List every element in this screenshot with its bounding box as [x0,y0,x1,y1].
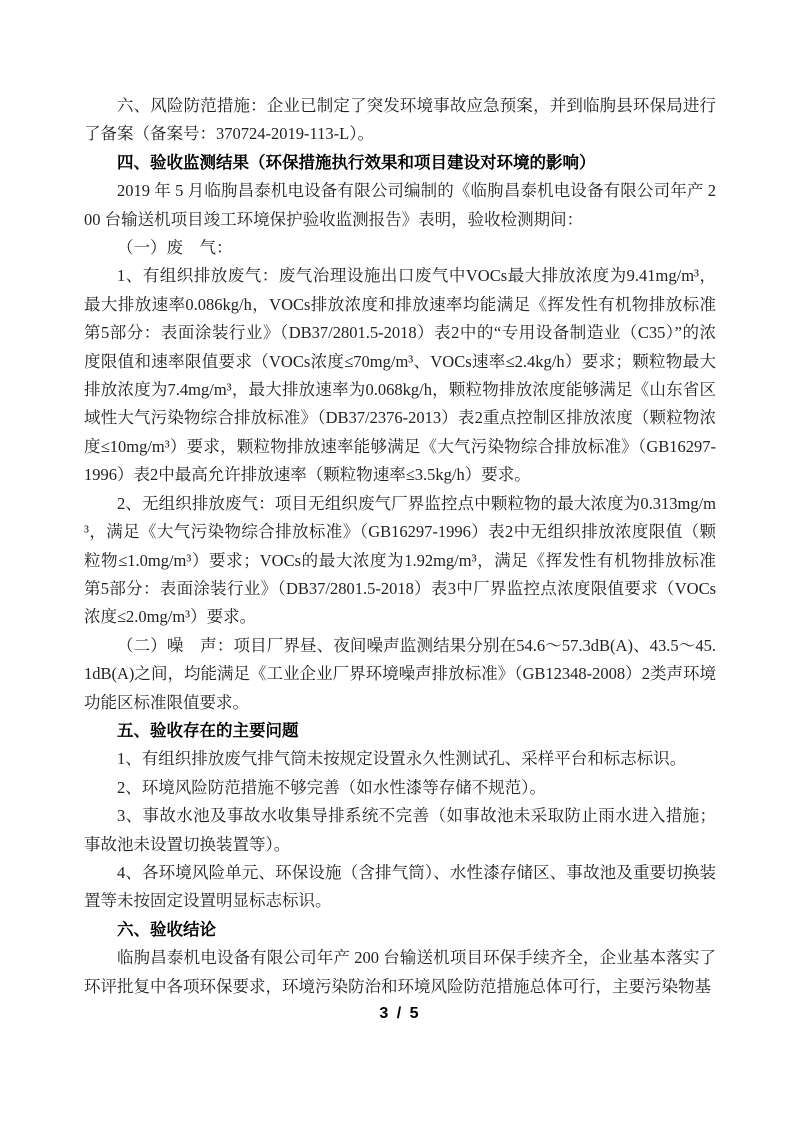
paragraph-fugitive-waste-gas: 2、无组织排放废气：项目无组织废气厂界监控点中颗粒物的最大浓度为0.313mg/… [84,490,716,632]
paragraph-problem-1: 1、有组织排放废气排气筒未按规定设置永久性测试孔、采样平台和标志标识。 [84,745,716,773]
document-body: 六、风险防范措施：企业已制定了突发环境事故应急预案，并到临朐县环保局进行了备案（… [84,92,716,1001]
paragraph-heading-section-4: 四、验收监测结果（环保措施执行效果和项目建设对环境的影响） [84,149,716,177]
paragraph-heading-section-6: 六、验收结论 [84,916,716,944]
paragraph-risk-prevention-measures: 六、风险防范措施：企业已制定了突发环境事故应急预案，并到临朐县环保局进行了备案（… [84,92,716,149]
paragraph-conclusion: 临朐昌泰机电设备有限公司年产 200 台输送机项目环保手续齐全，企业基本落实了环… [84,944,716,1001]
paragraph-noise-monitoring: （二）噪 声：项目厂界昼、夜间噪声监测结果分别在54.6～57.3dB(A)、4… [84,632,716,717]
paragraph-heading-section-5: 五、验收存在的主要问题 [84,717,716,745]
paragraph-problem-3: 3、事故水池及事故水收集导排系统不完善（如事故池未采取防止雨水进入措施；事故池未… [84,802,716,859]
paragraph-problem-4: 4、各环境风险单元、环保设施（含排气筒）、水性漆存储区、事故池及重要切换装置等未… [84,859,716,916]
page-number: 3 / 5 [0,1005,800,1023]
paragraph-subhead-waste-gas: （一）废 气： [84,234,716,262]
document-page: 六、风险防范措施：企业已制定了突发环境事故应急预案，并到临朐县环保局进行了备案（… [0,0,800,1131]
paragraph-monitoring-report-intro: 2019 年 5 月临朐昌泰机电设备有限公司编制的《临朐昌泰机电设备有限公司年产… [84,177,716,234]
paragraph-organized-waste-gas: 1、有组织排放废气：废气治理设施出口废气中VOCs最大排放浓度为9.41mg/m… [84,262,716,489]
paragraph-problem-2: 2、环境风险防范措施不够完善（如水性漆等存储不规范）。 [84,774,716,802]
